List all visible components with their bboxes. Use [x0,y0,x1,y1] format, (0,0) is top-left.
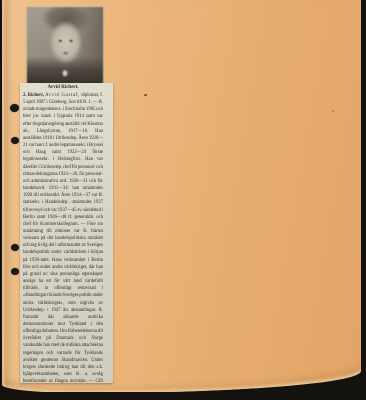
backdrop-edge [361,0,366,400]
ink-dot [11,268,19,275]
newspaper-clipping: Arvid Richert. 2. Richert, Arvid Gustaf,… [20,83,113,383]
biography-text: 2. Richert, Arvid Gustaf, diplomat, f. 5… [23,92,103,383]
entry-lead: 2. Richert, [23,93,44,98]
scrapbook-page-photo: Arvid Richert. 2. Richert, Arvid Gustaf,… [0,0,366,400]
photo-caption: Arvid Richert. [23,85,103,91]
paper-speck [332,110,334,112]
portrait-photo [27,7,103,84]
entry-body: diplomat, f. 5 april 1887 i Göteborg. So… [23,93,103,383]
paper-speck [144,94,147,96]
entry-name: Arvid Gustaf, [45,93,80,98]
backdrop-edge [0,392,366,400]
ink-dot [11,137,19,144]
